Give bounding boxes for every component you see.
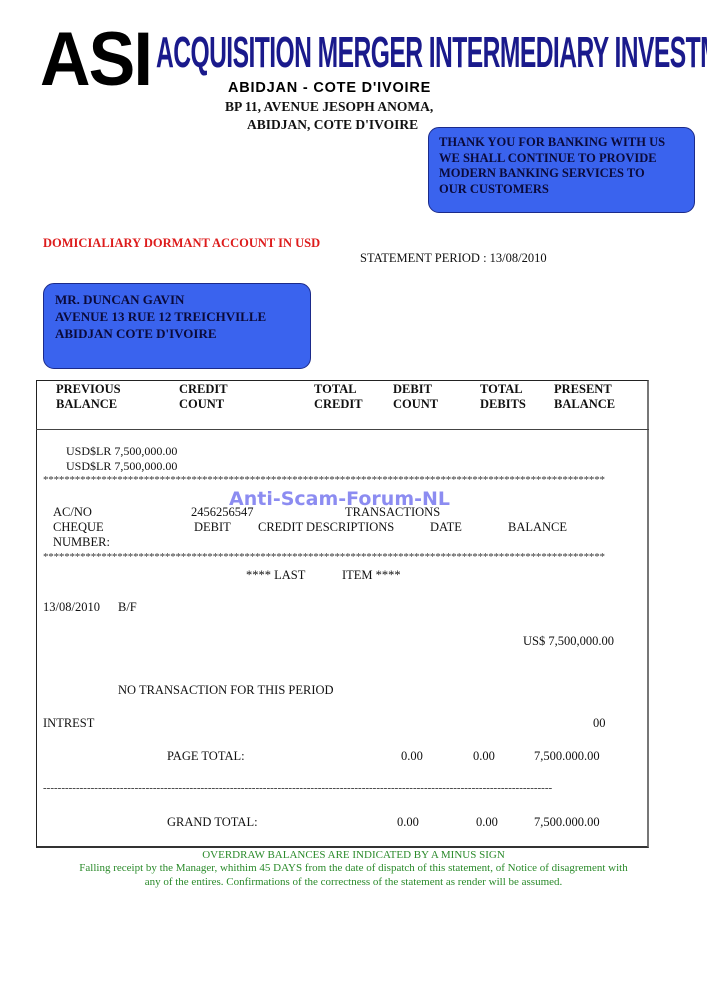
col-label: PREVIOUS bbox=[56, 382, 121, 397]
col-label: TOTAL bbox=[480, 382, 526, 397]
page-total-balance: 7,500.000.00 bbox=[534, 749, 600, 764]
star-separator: ****************************************… bbox=[43, 551, 641, 563]
transactions-label: TRANSACTIONS bbox=[345, 505, 440, 520]
footer-disclaimer-line2: any of the entires. Confirmations of the… bbox=[0, 876, 707, 888]
interest-value: 00 bbox=[593, 716, 606, 731]
col-total-debits: TOTAL DEBITS bbox=[480, 382, 526, 412]
col-total-credit: TOTAL CREDIT bbox=[314, 382, 363, 412]
ac-no-label: AC/NO bbox=[53, 505, 92, 520]
col-label: COUNT bbox=[393, 397, 438, 412]
col-label: CREDIT bbox=[179, 382, 228, 397]
dash-separator: ----------------------------------------… bbox=[43, 782, 637, 794]
account-type: DOMICIALIARY DORMANT ACCOUNT IN USD bbox=[43, 236, 320, 251]
col-label: COUNT bbox=[179, 397, 228, 412]
cheque-label: CHEQUE bbox=[53, 520, 104, 535]
col-previous-balance: PREVIOUS BALANCE bbox=[56, 382, 121, 412]
customer-address-box: MR. DUNCAN GAVIN AVENUE 13 RUE 12 TREICH… bbox=[43, 283, 311, 369]
star-separator: ****************************************… bbox=[43, 474, 633, 486]
footer-disclaimer-line1: Falling receipt by the Manager, whithim … bbox=[0, 862, 707, 874]
statement-period: STATEMENT PERIOD : 13/08/2010 bbox=[360, 251, 547, 266]
bank-name: ACQUISITION MERGER INTERMEDIARY INVESTME… bbox=[156, 28, 707, 78]
page-total-credit: 0.00 bbox=[401, 749, 423, 764]
last-item-right: ITEM **** bbox=[342, 568, 401, 583]
col-label: DEBIT bbox=[393, 382, 438, 397]
col-credit-count: CREDIT COUNT bbox=[179, 382, 228, 412]
ac-no-value: 2456256547 bbox=[191, 505, 254, 520]
page-total-debit: 0.00 bbox=[473, 749, 495, 764]
last-item-left: **** LAST bbox=[246, 568, 305, 583]
grand-total-label: GRAND TOTAL: bbox=[167, 815, 258, 830]
customer-address-line1: AVENUE 13 RUE 12 TREICHVILLE bbox=[55, 308, 299, 325]
col-debit-count: DEBIT COUNT bbox=[393, 382, 438, 412]
credit-descriptions-label: CREDIT DESCRIPTIONS bbox=[258, 520, 394, 535]
interest-label: INTREST bbox=[43, 716, 94, 731]
bf-label: B/F bbox=[118, 600, 137, 615]
col-label: DEBITS bbox=[480, 397, 526, 412]
bank-address-line2: ABIDJAN, COTE D'IVOIRE bbox=[247, 117, 418, 133]
grand-total-debit: 0.00 bbox=[476, 815, 498, 830]
col-label: BALANCE bbox=[554, 397, 615, 412]
customer-address-line2: ABIDJAN COTE D'IVOIRE bbox=[55, 325, 299, 342]
balance-label: BALANCE bbox=[508, 520, 567, 535]
previous-balance-value: USD$LR 7,500,000.00 bbox=[66, 444, 177, 459]
col-present-balance: PRESENT BALANCE bbox=[554, 382, 615, 412]
thank-you-line: MODERN BANKING SERVICES TO bbox=[439, 166, 684, 182]
bank-city: ABIDJAN - COTE D'IVOIRE bbox=[228, 80, 431, 96]
bank-address-line1: BP 11, AVENUE JESOPH ANOMA, bbox=[225, 99, 433, 115]
thank-you-line: OUR CUSTOMERS bbox=[439, 182, 684, 198]
col-label: CREDIT bbox=[314, 397, 363, 412]
thank-you-box: THANK YOU FOR BANKING WITH US WE SHALL C… bbox=[428, 127, 695, 213]
grand-total-credit: 0.00 bbox=[397, 815, 419, 830]
asi-logo: ASI bbox=[40, 22, 151, 98]
grand-total-balance: 7,500.000.00 bbox=[534, 815, 600, 830]
col-label: PRESENT bbox=[554, 382, 615, 397]
col-label: TOTAL bbox=[314, 382, 363, 397]
number-label: NUMBER: bbox=[53, 535, 110, 550]
page-total-label: PAGE TOTAL: bbox=[167, 749, 245, 764]
bf-amount: US$ 7,500,000.00 bbox=[523, 634, 614, 649]
present-balance-value: USD$LR 7,500,000.00 bbox=[66, 459, 177, 474]
footer-overdraw-note: OVERDRAW BALANCES ARE INDICATED BY A MIN… bbox=[0, 849, 707, 861]
debit-label: DEBIT bbox=[194, 520, 231, 535]
no-transaction-message: NO TRANSACTION FOR THIS PERIOD bbox=[118, 683, 334, 698]
bf-date: 13/08/2010 bbox=[43, 600, 100, 615]
date-label: DATE bbox=[430, 520, 462, 535]
customer-name: MR. DUNCAN GAVIN bbox=[55, 291, 299, 308]
thank-you-line: WE SHALL CONTINUE TO PROVIDE bbox=[439, 151, 684, 167]
col-label: BALANCE bbox=[56, 397, 121, 412]
header-divider bbox=[36, 429, 649, 430]
thank-you-line: THANK YOU FOR BANKING WITH US bbox=[439, 135, 684, 151]
